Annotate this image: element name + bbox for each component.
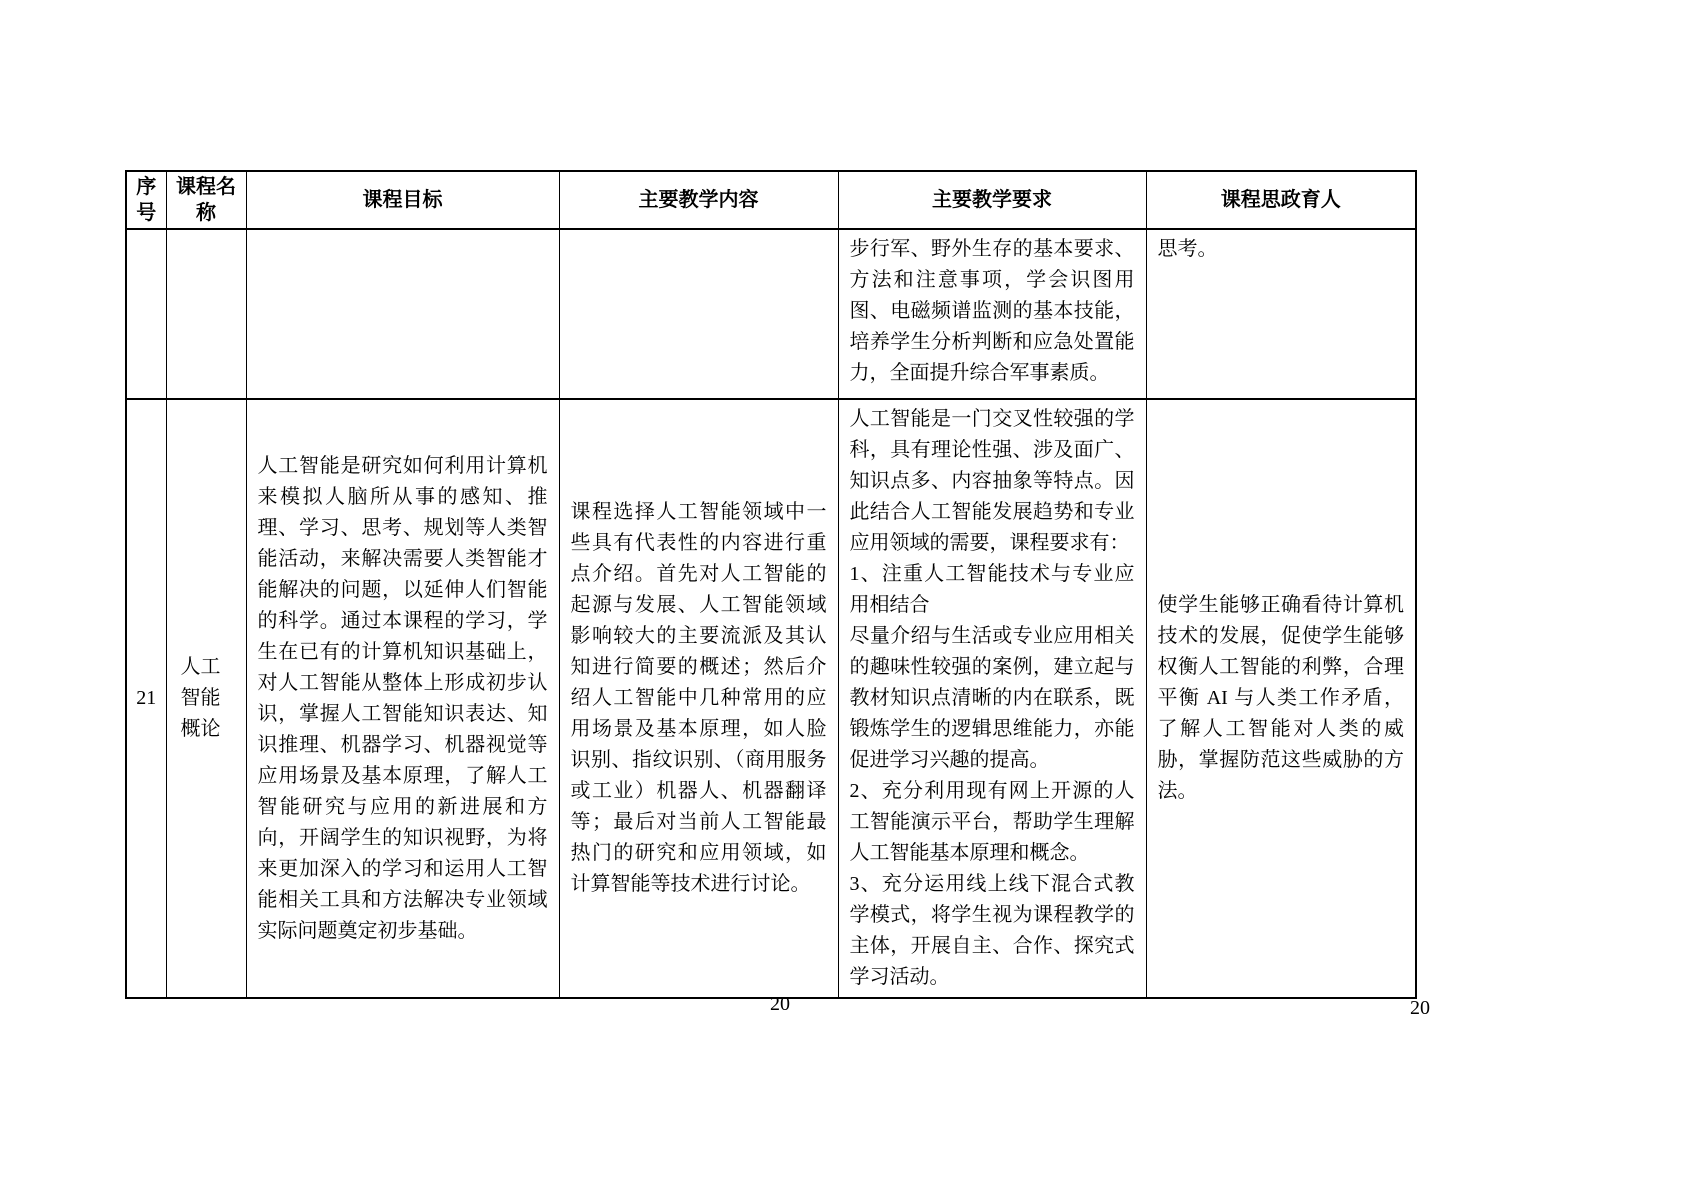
page-number-right: 20 — [1410, 997, 1430, 1020]
header-serial-number: 序号 — [126, 171, 166, 229]
table-row-continued: 步行军、野外生存的基本要求、方法和注意事项，学会识图用图、电磁频谱监测的基本技能… — [126, 229, 1416, 399]
requirements-paragraph: 1、注重人工智能技术与专业应用相结合 — [850, 559, 1135, 621]
cell-course-objectives: 人工智能是研究如何利用计算机来模拟人脑所从事的感知、推理、学习、思考、规划等人类… — [246, 399, 559, 998]
header-teaching-requirements: 主要教学要求 — [838, 171, 1146, 229]
cell-moral-education: 思考。 — [1146, 229, 1416, 399]
cell-teaching-content — [559, 229, 838, 399]
course-syllabus-table: 序号 课程名称 课程目标 主要教学内容 主要教学要求 课程思政育人 步行军、野外… — [125, 170, 1417, 999]
cell-course-objectives — [246, 229, 559, 399]
document-page: 序号 课程名称 课程目标 主要教学内容 主要教学要求 课程思政育人 步行军、野外… — [0, 0, 1684, 1191]
table-row-course-21: 21 人工智能概论 人工智能是研究如何利用计算机来模拟人脑所从事的感知、推理、学… — [126, 399, 1416, 998]
cell-serial-number: 21 — [126, 399, 166, 998]
table-header-row: 序号 课程名称 课程目标 主要教学内容 主要教学要求 课程思政育人 — [126, 171, 1416, 229]
requirements-paragraph: 尽量介绍与生活或专业应用相关的趣味性较强的案例，建立起与教材知识点清晰的内在联系… — [850, 621, 1135, 776]
requirements-paragraph: 2、充分利用现有网上开源的人工智能演示平台，帮助学生理解人工智能基本原理和概念。 — [850, 776, 1135, 869]
cell-teaching-content: 课程选择人工智能领域中一些具有代表性的内容进行重点介绍。首先对人工智能的起源与发… — [559, 399, 838, 998]
header-moral-education: 课程思政育人 — [1146, 171, 1416, 229]
cell-serial-number — [126, 229, 166, 399]
requirements-paragraph: 步行军、野外生存的基本要求、方法和注意事项，学会识图用图、电磁频谱监测的基本技能… — [850, 234, 1135, 389]
header-course-name: 课程名称 — [166, 171, 246, 229]
cell-teaching-requirements: 人工智能是一门交叉性较强的学科，具有理论性强、涉及面广、知识点多、内容抽象等特点… — [838, 399, 1146, 998]
header-course-objectives: 课程目标 — [246, 171, 559, 229]
cell-moral-education: 使学生能够正确看待计算机技术的发展，促使学生能够权衡人工智能的利弊，合理平衡 A… — [1146, 399, 1416, 998]
requirements-paragraph: 人工智能是一门交叉性较强的学科，具有理论性强、涉及面广、知识点多、内容抽象等特点… — [850, 404, 1135, 559]
header-teaching-content: 主要教学内容 — [559, 171, 838, 229]
cell-teaching-requirements: 步行军、野外生存的基本要求、方法和注意事项，学会识图用图、电磁频谱监测的基本技能… — [838, 229, 1146, 399]
cell-course-name: 人工智能概论 — [166, 399, 246, 998]
cell-course-name — [166, 229, 246, 399]
requirements-paragraph: 3、充分运用线上线下混合式教学模式，将学生视为课程教学的主体，开展自主、合作、探… — [850, 869, 1135, 993]
page-number-center: 20 — [770, 993, 790, 1016]
